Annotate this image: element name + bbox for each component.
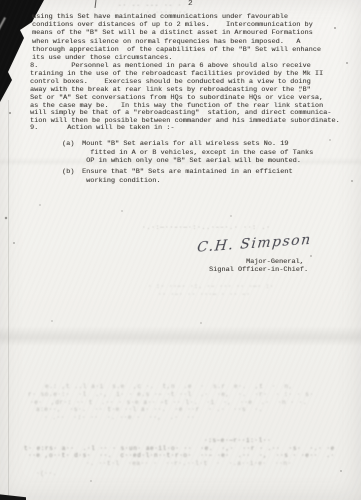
paragraph-8: 8. Personnel as mentioned in para 6 abov… — [30, 63, 340, 126]
bleedthrough-line: r· so.e·:· ·l .·, i· · e.s ·– ·t ··l .· … — [28, 391, 314, 398]
scanned-document-page: -· -- --- ·- · 2 · ···· ·· using this Se… — [0, 0, 361, 500]
bleedthrough-line: · .·· ·:· ·· ·. ··e · ··, .· ·· — [44, 414, 195, 421]
bleedthrough-mark: ·(··. — [36, 470, 57, 477]
signature-rank: Major-General, — [246, 258, 304, 266]
bleedthrough-line: ·:s–e·—r··i:·l·· — [204, 437, 271, 444]
bleedthrough-line: a:e··, ·s·. ·· t·e ··l a· ··. ·e ··r · .… — [36, 406, 263, 413]
edge-tick-mark — [95, 0, 97, 8]
bleedthrough-line: ··e ,o··t· d·s· ··. c··ed·l·n··t·r·o· ··… — [28, 452, 335, 459]
bleedthrough-line: ·e· ,dr·: ·· t .·· · s·e a·· –t ·· l·. ·… — [30, 399, 307, 406]
signature-title: Signal Officer-in-Chief. — [209, 266, 308, 274]
page-number: 2 — [188, 0, 193, 8]
bleedthrough-line: · :· ··–· ·:. ·– ··· ·· ·—· :· — [148, 283, 274, 290]
paragraph-9: 9. Action will be taken in :- — [30, 124, 175, 132]
signature-area-smudge: ·.·:—··–·—·:·..·––·.· ··: .· — [142, 224, 271, 231]
bottom-left-black-notch — [0, 493, 26, 500]
bleedthrough-line: t· e:rs· a·· .·l ·· · s·un· ae·il·o· ·· … — [24, 445, 335, 452]
bleedthrough-line: ·. ··t·l ·ea·· · ··r·.··l·t · ·.a··i·e· … — [86, 460, 292, 467]
fold-crease-middle — [0, 326, 361, 346]
signature-handwriting: C.H. Simpson — [196, 232, 312, 256]
bleedthrough-line: ·· ·–· ·· ···— · ·· –· — [158, 291, 250, 298]
list-item-a-text: Mount "B" Set aerials for all wireless s… — [82, 140, 313, 166]
bleedthrough-line: e.: ,t ..l a·i s.e ,c ·. t,n .e · s.r e·… — [45, 383, 293, 390]
list-item-b-text: Ensure that "B" Sets are maintained in a… — [82, 168, 293, 185]
header-smudge: -· -- --- ·- · — [118, 2, 182, 9]
continuation-paragraph: using this Set have maintained communica… — [32, 13, 321, 62]
left-fold-line — [8, 100, 9, 500]
list-item-b-label: (b) — [62, 168, 74, 177]
list-item-a-label: (a) — [62, 140, 74, 149]
